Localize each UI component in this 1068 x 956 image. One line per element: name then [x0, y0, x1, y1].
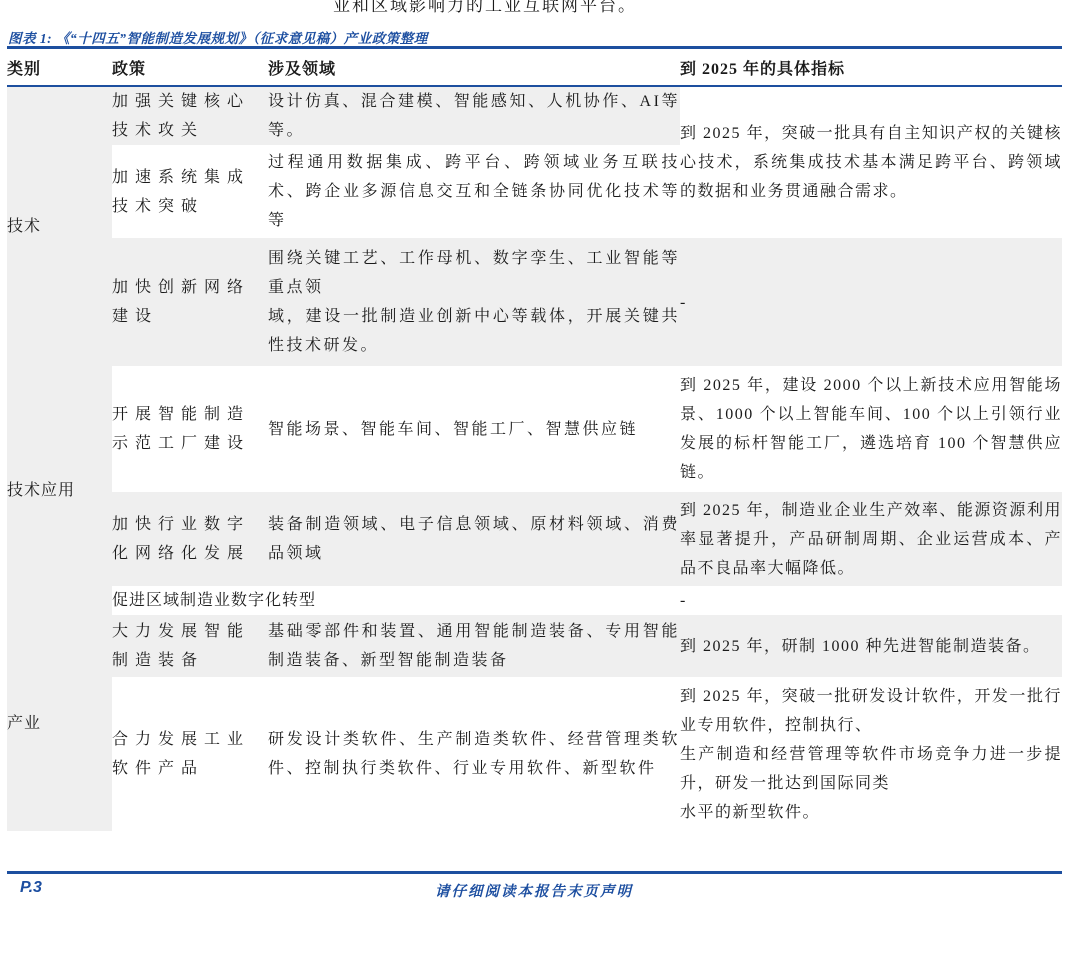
policy-table-container: 类别 政策 涉及领域 到 2025 年的具体指标 技术 加强关键核心技术攻关 设… [7, 46, 1062, 831]
col-header-category: 类别 [7, 48, 112, 87]
policy-cell: 大力发展智能制造装备 [112, 615, 268, 677]
fields-cell: 过程通用数据集成、跨平台、跨领域业务互联技术、跨企业多源信息交互和全链条协同优化… [268, 145, 680, 238]
fields-cell: 设计仿真、混合建模、智能感知、人机协作、AI等等。 [268, 86, 680, 145]
policy-cell: 加快创新网络建设 [112, 238, 268, 366]
fields-cell: 基础零部件和装置、通用智能制造装备、专用智能制造装备、新型智能制造装备 [268, 615, 680, 677]
table-row: 合力发展工业软件产品 研发设计类软件、生产制造类软件、经营管理类软件、控制执行类… [7, 677, 1062, 831]
table-row: 技术 加强关键核心技术攻关 设计仿真、混合建模、智能感知、人机协作、AI等等。 … [7, 86, 1062, 145]
category-cell-tech-application: 技术应用 [7, 366, 112, 615]
policy-table: 类别 政策 涉及领域 到 2025 年的具体指标 技术 加强关键核心技术攻关 设… [7, 46, 1062, 831]
policy-cell: 合力发展工业软件产品 [112, 677, 268, 831]
col-header-policy: 政策 [112, 48, 268, 87]
footer-divider [7, 871, 1062, 874]
figure-caption: 图表 1: 《“十四五”智能制造发展规划》（征求意见稿）产业政策整理 [8, 27, 428, 47]
policy-cell: 促进区域制造业数字化转型 [112, 586, 680, 615]
policy-cell: 加速系统集成技术突破 [112, 145, 268, 238]
table-row: 产业 大力发展智能制造装备 基础零部件和装置、通用智能制造装备、专用智能制造装备… [7, 615, 1062, 677]
indicator-cell: 到 2025 年，建设 2000 个以上新技术应用智能场景、1000 个以上智能… [680, 366, 1062, 492]
col-header-fields: 涉及领域 [268, 48, 680, 87]
fields-cell: 装备制造领域、电子信息领域、原材料领域、消费品领域 [268, 492, 680, 586]
category-cell-industry: 产业 [7, 615, 112, 831]
policy-cell: 加快行业数字化网络化发展 [112, 492, 268, 586]
indicator-cell: 到 2025 年，制造业企业生产效率、能源资源利用率显著提升，产品研制周期、企业… [680, 492, 1062, 586]
indicator-cell: 到 2025 年，研制 1000 种先进智能制造装备。 [680, 615, 1062, 677]
table-row: 加快行业数字化网络化发展 装备制造领域、电子信息领域、原材料领域、消费品领域 到… [7, 492, 1062, 586]
policy-cell: 加强关键核心技术攻关 [112, 86, 268, 145]
col-header-indicator: 到 2025 年的具体指标 [680, 48, 1062, 87]
indicator-cell: 到 2025 年，突破一批研发设计软件，开发一批行业专用软件，控制执行、 生产制… [680, 677, 1062, 831]
fields-cell: 智能场景、智能车间、智能工厂、智慧供应链 [268, 366, 680, 492]
policy-cell: 开展智能制造示范工厂建设 [112, 366, 268, 492]
category-cell-technology: 技术 [7, 86, 112, 366]
indicator-cell: 到 2025 年，突破一批具有自主知识产权的关键核心技术，系统集成技术基本满足跨… [680, 86, 1062, 238]
fields-cell: 研发设计类软件、生产制造类软件、经营管理类软件、控制执行类软件、行业专用软件、新… [268, 677, 680, 831]
table-row: 技术应用 开展智能制造示范工厂建设 智能场景、智能车间、智能工厂、智慧供应链 到… [7, 366, 1062, 492]
table-row: 促进区域制造业数字化转型 - [7, 586, 1062, 615]
indicator-cell: - [680, 238, 1062, 366]
fields-cell: 围绕关键工艺、工作母机、数字孪生、工业智能等重点领 域，建设一批制造业创新中心等… [268, 238, 680, 366]
header-row: 类别 政策 涉及领域 到 2025 年的具体指标 [7, 48, 1062, 87]
report-page: 业和区域影响力的工业互联网平台。 图表 1: 《“十四五”智能制造发展规划》（征… [0, 0, 1068, 956]
indicator-cell: - [680, 586, 1062, 615]
previous-paragraph-clipped-text: 业和区域影响力的工业互联网平台。 [333, 0, 637, 16]
footer-disclaimer: 请仔细阅读本报告末页声明 [0, 880, 1068, 901]
table-row: 加快创新网络建设 围绕关键工艺、工作母机、数字孪生、工业智能等重点领 域，建设一… [7, 238, 1062, 366]
